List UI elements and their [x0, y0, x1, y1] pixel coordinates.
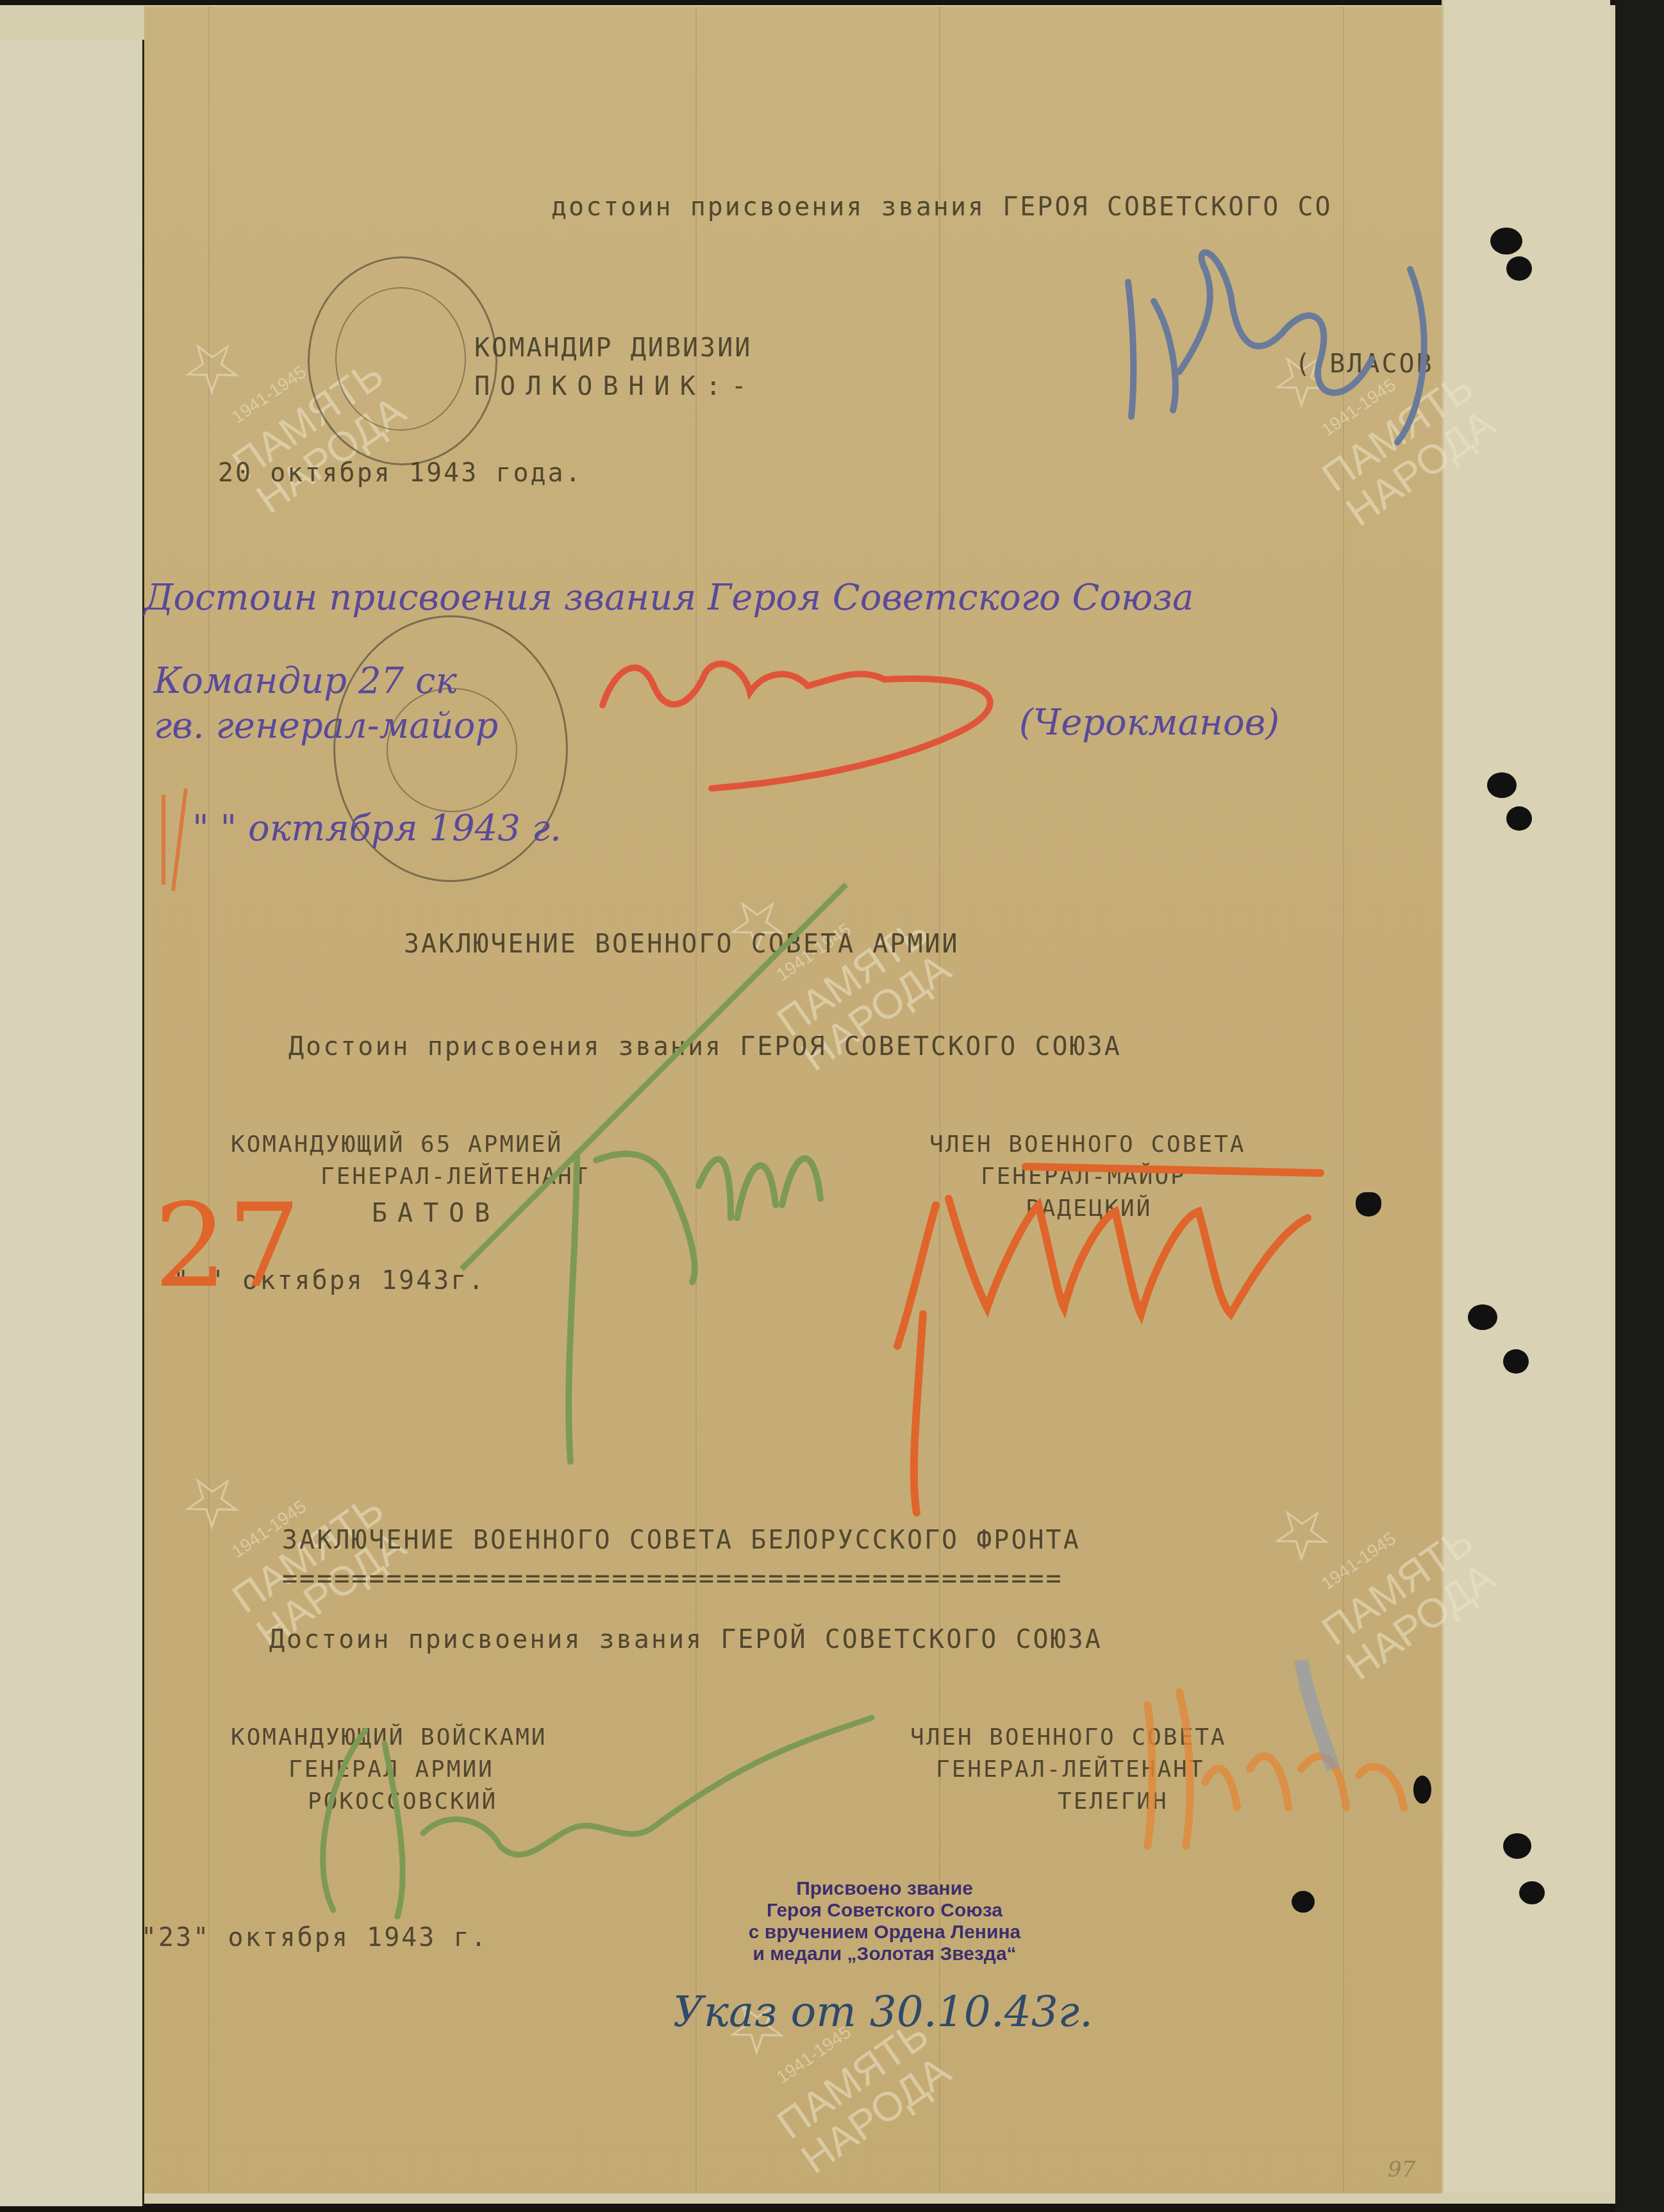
punch-hole	[1413, 1775, 1431, 1804]
punch-hole	[1503, 1349, 1529, 1374]
punch-hole	[1519, 1881, 1545, 1904]
corps-commander-name: (Черокманов)	[1019, 702, 1279, 744]
front-section-divider: ========================================…	[282, 1564, 1063, 1593]
punch-hole	[1506, 256, 1532, 281]
army-council-name: РАДЕЦКИЙ	[1026, 1195, 1152, 1222]
front-council-rank: ГЕНЕРАЛ-ЛЕЙТЕНАНТ	[936, 1756, 1204, 1783]
army-council-rank: ГЕНЕРАЛ-МАЙОР	[981, 1163, 1186, 1190]
page-number: 97	[1388, 2157, 1415, 2183]
corps-conclusion: Достоин присвоения звания Героя Советско…	[144, 577, 1194, 619]
front-commander-position: КОМАНДУЮЩИЙ ВОЙСКАМИ	[231, 1724, 547, 1750]
army-conclusion: Достоин присвоения звания ГЕРОЯ СОВЕТСКО…	[288, 1032, 1122, 1061]
punch-hole	[1506, 806, 1532, 831]
front-council-name: ТЕЛЕГИН	[1058, 1788, 1169, 1815]
punch-hole	[1292, 1891, 1315, 1913]
division-commander-name: ( ВЛАСОВ	[1295, 349, 1434, 379]
award-stamp: Присвоено звание Героя Советского Союза …	[686, 1878, 1083, 1965]
corps-rank: гв. генерал-майор	[154, 705, 498, 747]
front-date: "23" октября 1943 г.	[141, 1923, 488, 1952]
punch-hole	[1468, 1304, 1497, 1330]
army-commander-position: КОМАНДУЮЩИЙ 65 АРМИЕЙ	[231, 1131, 563, 1158]
front-commander-rank: ГЕНЕРАЛ АРМИИ	[288, 1756, 494, 1783]
front-commander-name: РОКОССОВСКИЙ	[308, 1788, 497, 1815]
front-council-position: ЧЛЕН ВОЕННОГО СОВЕТА	[910, 1724, 1226, 1750]
front-conclusion: Достоин присвоения звания ГЕРОЙ СОВЕТСКО…	[269, 1625, 1102, 1654]
army-handwritten-day: 27	[154, 1179, 301, 1313]
corps-date: " " октября 1943 г.	[192, 808, 562, 849]
scanner-border	[1615, 0, 1664, 2212]
corps-position: Командир 27 ск	[154, 660, 457, 702]
army-section-title: ЗАКЛЮЧЕНИЕ ВОЕННОГО СОВЕТА АРМИИ	[404, 929, 960, 959]
division-position: КОМАНДИР ДИВИЗИИ	[474, 333, 752, 363]
binding-margin-strip	[1442, 0, 1610, 2192]
front-section-title: ЗАКЛЮЧЕНИЕ ВОЕННОГО СОВЕТА БЕЛОРУССКОГО …	[282, 1526, 1081, 1555]
division-rank: ПОЛКОВНИК:-	[474, 372, 757, 401]
division-conclusion: достоин присвоения звания ГЕРОЯ СОВЕТСКО…	[551, 192, 1333, 222]
punch-hole	[1490, 228, 1522, 254]
punch-hole	[1487, 772, 1517, 798]
army-commander-rank: ГЕНЕРАЛ-ЛЕЙТЕНАНТ	[320, 1163, 589, 1190]
decree-note: Указ от 30.10.43г.	[673, 1987, 1093, 2036]
paper-rule	[939, 6, 940, 2193]
division-seal	[308, 256, 497, 465]
division-date: 20 октября 1943 года.	[218, 458, 583, 488]
punch-hole	[1503, 1833, 1531, 1859]
army-commander-name: БАТОВ	[372, 1199, 500, 1228]
army-council-position: ЧЛЕН ВОЕННОГО СОВЕТА	[929, 1131, 1245, 1158]
left-folder-flap	[0, 40, 144, 2206]
ink-blot	[1356, 1192, 1381, 1217]
